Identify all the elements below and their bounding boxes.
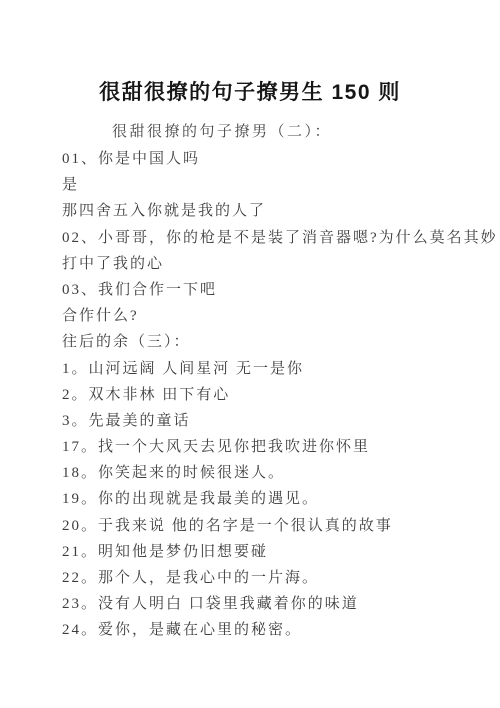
document-body: 01、你是中国人吗 是 那四舍五入你就是我的人了 02、小哥哥，你的枪是不是装了…: [62, 146, 480, 644]
text-line: 23。没有人明白 口袋里我藏着你的味道: [62, 591, 480, 617]
section-heading: 很甜很撩的句子撩男（二）：: [112, 120, 332, 141]
text-line: 02、小哥哥，你的枪是不是装了消音器嗯?为什么莫名其妙: [62, 225, 480, 251]
text-line: 1。山河远阔 人间星河 无一是你: [62, 356, 480, 382]
text-line: 3。先最美的童话: [62, 408, 480, 434]
text-line: 往后的余（三）：: [62, 329, 480, 355]
text-line: 19。你的出现就是我最美的遇见。: [62, 486, 480, 512]
text-line: 17。找一个大风天去见你把我吹进你怀里: [62, 434, 480, 460]
text-line: 打中了我的心: [62, 251, 480, 277]
text-line: 21。明知他是梦仍旧想要碰: [62, 539, 480, 565]
text-line: 那四舍五入你就是我的人了: [62, 198, 480, 224]
text-line: 22。那个人，是我心中的一片海。: [62, 565, 480, 591]
document-title: 很甜很撩的句子撩男生 150 则: [0, 76, 500, 106]
text-line: 18。你笑起来的时候很迷人。: [62, 460, 480, 486]
document-page: 很甜很撩的句子撩男生 150 则 很甜很撩的句子撩男（二）： 01、你是中国人吗…: [0, 0, 500, 708]
text-line: 是: [62, 172, 480, 198]
text-line: 03、我们合作一下吧: [62, 277, 480, 303]
text-line: 24。爱你，是藏在心里的秘密。: [62, 617, 480, 643]
text-line: 01、你是中国人吗: [62, 146, 480, 172]
text-line: 20。于我来说 他的名字是一个很认真的故事: [62, 513, 480, 539]
text-line: 合作什么?: [62, 303, 480, 329]
text-line: 2。双木非林 田下有心: [62, 382, 480, 408]
